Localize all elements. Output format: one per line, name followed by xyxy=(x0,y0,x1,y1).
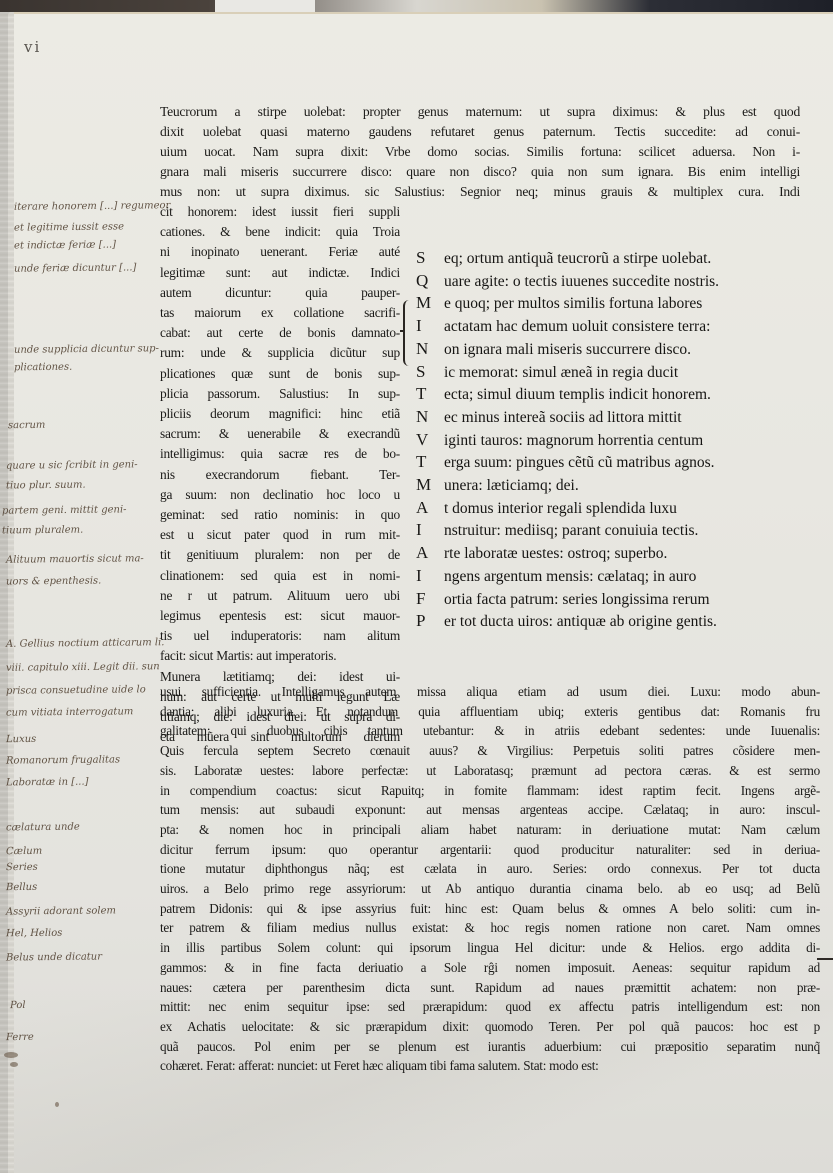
commentary-line: dixit uolebat quasi materno gaudens refu… xyxy=(160,122,800,142)
verse-text: er tot ducta uiros: antiquæ ab origine g… xyxy=(444,611,816,633)
handwritten-annotation: sacrum xyxy=(8,420,46,432)
handwritten-annotation: iterare honorem [...] regumeor xyxy=(14,200,170,214)
verse-text: nstruitur: mediisq; parant conuiuia tect… xyxy=(444,520,816,542)
verse-text: iginti tauros: magnorum horrentia centum xyxy=(444,430,816,452)
handwritten-annotation: Pol xyxy=(10,1000,26,1012)
handwritten-annotation: cum vitiata interrogatum xyxy=(6,706,133,719)
verse-line: Seq; ortum antiquã teucrorũ a stirpe uol… xyxy=(416,247,816,270)
verse-text: ecta; simul diuum templis indicit honore… xyxy=(444,384,816,406)
verse-text: actatam hac demum uoluit consistere terr… xyxy=(444,316,816,338)
commentary-line: ga suum: non declinatio hoc loco u xyxy=(160,485,400,505)
handwritten-annotation: Ferre xyxy=(6,1032,34,1044)
handwritten-annotation: partem geni. mittit geni- xyxy=(2,504,127,517)
verse-text: t domus interior regali splendida luxu xyxy=(444,498,816,520)
verse-line: Iactatam hac demum uoluit consistere ter… xyxy=(416,315,816,338)
verse-line: Ingens argentum mensis: cælataq; in auro xyxy=(416,565,816,588)
ink-smudge xyxy=(4,1052,18,1058)
commentary-line: clinationem: sed quia est in nomi- xyxy=(160,566,400,586)
handwritten-annotation: unde feriæ dicuntur [...] xyxy=(14,262,137,275)
verse-line: Quare agite: o tectis iuuenes succedite … xyxy=(416,270,816,293)
handwritten-annotation: Luxus xyxy=(6,734,36,746)
commentary-line: tit genitiuum pluralem: non per de xyxy=(160,545,400,565)
verse-line: Arte laboratæ uestes: ostroq; superbo. xyxy=(416,542,816,565)
handwritten-annotation: Assyrii adorant solem xyxy=(6,905,116,918)
commentary-line: tum mensis: aut subaudi exponunt: aut me… xyxy=(160,800,820,820)
commentary-line: ne r ut patrum. Alituum uero ubi xyxy=(160,586,400,606)
verse-initial: V xyxy=(416,429,444,451)
handwritten-annotation: Hel, Helios xyxy=(6,928,63,941)
commentary-line: pta: & nomen hoc in principali aliam hab… xyxy=(160,820,820,840)
handwritten-annotation: Alituum mauortis sicut ma- xyxy=(6,553,144,566)
edge-ink-mark xyxy=(817,958,833,960)
verse-initial: S xyxy=(416,361,444,383)
commentary-line: pliciis deorum magnifici: hinc etiã xyxy=(160,404,400,424)
verse-text: unera: læticiamq; dei. xyxy=(444,475,816,497)
verse-initial: I xyxy=(416,519,444,541)
commentary-line: cit honorem: idest iussit fieri suppli xyxy=(160,202,400,222)
verse-text: ortia facta patrum: series longissima re… xyxy=(444,589,816,611)
handwritten-annotation: plicationes. xyxy=(14,362,72,375)
verse-initial: F xyxy=(416,588,444,610)
commentary-bottom: usui sufficientia. Intelligamus autem mi… xyxy=(160,682,820,1076)
verse-initial: I xyxy=(416,565,444,587)
handwritten-annotation: A. Gellius noctium atticarum li. xyxy=(6,637,165,651)
handwritten-annotation: tiuo plur. suum. xyxy=(6,480,86,493)
handwritten-annotation: et indictæ feriæ [...] xyxy=(14,239,116,252)
handwritten-annotation: Laboratæ in [...] xyxy=(6,777,89,790)
verse-initial: I xyxy=(416,315,444,337)
commentary-line: sacrum: & uenerabile & execrandũ xyxy=(160,424,400,444)
verse-initial: S xyxy=(416,247,444,269)
commentary-line: in illis partibus Solem colunt: qui ipso… xyxy=(160,938,820,958)
verse-initial: Q xyxy=(416,270,444,292)
commentary-line: patrem Didonis: qui & ipse assyrius fuit… xyxy=(160,899,820,919)
commentary-line: ter patrem & filiam medius nullus exista… xyxy=(160,918,820,938)
commentary-line: rum: unde & supplicia dicũtur sup xyxy=(160,343,400,363)
verse-text: ic memorat: simul æneã in regia ducit xyxy=(444,362,816,384)
commentary-line: Quis fercula septem Secreto cœnauit auus… xyxy=(160,741,820,761)
commentary-line: cationes. & bene indicit: quia Troia xyxy=(160,222,400,242)
verse-line: Per tot ducta uiros: antiquæ ab origine … xyxy=(416,610,816,633)
verse-initial: M xyxy=(416,292,444,314)
commentary-line: nis execrandorum fiebant. Ter- xyxy=(160,465,400,485)
commentary-line: mus non: ut supra diximus. sic Salustius… xyxy=(160,182,800,202)
verse-line: At domus interior regali splendida luxu xyxy=(416,497,816,520)
commentary-line: gammos: & in fine facta deriuatio a Sole… xyxy=(160,958,820,978)
commentary-line: tione mutatur diphthongus nãq; est cælat… xyxy=(160,859,820,879)
commentary-line: sis. Laboratæ uestes: labore perfectæ: u… xyxy=(160,761,820,781)
handwritten-annotation: Romanorum frugalitas xyxy=(6,754,120,767)
verse-line: Terga suum: pingues cẽtũ cũ matribus agn… xyxy=(416,451,816,474)
commentary-line: autem dicuntur: quia pauper- xyxy=(160,283,400,303)
commentary-line: uiros. a Belo primo rege assyriorum: ut … xyxy=(160,879,820,899)
verse-initial: A xyxy=(416,497,444,519)
commentary-line: Teucrorum a stirpe uolebat: propter genu… xyxy=(160,102,800,122)
commentary-line: quã paucos. Pol enim per se plenum est i… xyxy=(160,1037,820,1057)
verse-line: Viginti tauros: magnorum horrentia centu… xyxy=(416,429,816,452)
ink-smudge xyxy=(10,1062,18,1067)
commentary-top: Teucrorum a stirpe uolebat: propter genu… xyxy=(160,102,800,202)
commentary-line: est u sicut pater quod in rum mit- xyxy=(160,525,400,545)
verse-line: Tecta; simul diuum templis indicit honor… xyxy=(416,383,816,406)
commentary-line: plicia passorum. Salustius: In sup- xyxy=(160,384,400,404)
page-gutter-edge xyxy=(0,12,14,1173)
commentary-line: facit: sicut Martis: aut imperatoris. xyxy=(160,646,400,666)
handwritten-annotation: viii. capitulo xiii. Legit dii. sun xyxy=(6,661,160,675)
handwritten-annotation: et legitime iussit esse xyxy=(14,221,124,234)
commentary-line: geminat: sed ratio nominis: in quo xyxy=(160,505,400,525)
commentary-line: cohæret. Ferat: afferat: nunciet: ut Fer… xyxy=(160,1056,820,1076)
handwritten-brace xyxy=(403,300,411,366)
commentary-line: uium uocat. Nam supra dixit: Vrbe domo s… xyxy=(160,142,800,162)
folio-mark: vi xyxy=(24,38,41,56)
commentary-line: legitimæ sunt: aut indictæ. Indici xyxy=(160,263,400,283)
verse-block: Seq; ortum antiquã teucrorũ a stirpe uol… xyxy=(416,247,816,633)
handwritten-annotation: cælatura unde xyxy=(6,822,80,835)
commentary-line: naues: cætera per parenthesim dicta sunt… xyxy=(160,978,820,998)
commentary-line: tas maiorum ex collatione sacrifi- xyxy=(160,303,400,323)
handwritten-annotation: Bellus xyxy=(6,882,37,894)
verse-text: e quoq; per multos similis fortuna labor… xyxy=(444,293,816,315)
commentary-line: mittit: nec enim sequitur ipse: sed prær… xyxy=(160,997,820,1017)
commentary-line: cabat: aut certe de bonis damnato- xyxy=(160,323,400,343)
commentary-line: intelligimus: quia sacræ res de bo- xyxy=(160,444,400,464)
commentary-narrow-column: cit honorem: idest iussit fieri suppli c… xyxy=(160,202,400,747)
handwritten-annotation: prisca consuetudine uide lo xyxy=(6,684,146,697)
commentary-line: galitatem: qui duobus cibis tantum uteba… xyxy=(160,721,820,741)
commentary-line: ni inopinato uenerant. Feriæ auté xyxy=(160,242,400,262)
verse-line: Sic memorat: simul æneã in regia ducit xyxy=(416,361,816,384)
handwritten-annotation: Belus unde dicatur xyxy=(6,951,102,964)
verse-text: rte laboratæ uestes: ostroq; superbo. xyxy=(444,543,816,565)
commentary-line: ex Achatis uelocitate: & sic prærapidum … xyxy=(160,1017,820,1037)
verse-initial: T xyxy=(416,451,444,473)
handwritten-annotation: Cælum xyxy=(6,846,42,858)
verse-initial: M xyxy=(416,474,444,496)
verse-text: on ignara mali miseris succurrere disco. xyxy=(444,339,816,361)
handwritten-annotation: Series xyxy=(6,862,38,874)
verse-line: Instruitur: mediisq; parant conuiuia tec… xyxy=(416,519,816,542)
verse-initial: N xyxy=(416,406,444,428)
verse-line: Nec minus intereã sociis ad littora mitt… xyxy=(416,406,816,429)
verse-initial: T xyxy=(416,383,444,405)
commentary-line: in compendium coactus: sicut Rapuitq; in… xyxy=(160,781,820,801)
verse-text: uare agite: o tectis iuuenes succedite n… xyxy=(444,271,816,293)
verse-text: ngens argentum mensis: cælataq; in auro xyxy=(444,566,816,588)
handwritten-annotation: tiuum pluralem. xyxy=(2,525,83,538)
verse-line: Non ignara mali miseris succurrere disco… xyxy=(416,338,816,361)
commentary-line: legimus epentesis est: sicut mauor- xyxy=(160,606,400,626)
verse-initial: A xyxy=(416,542,444,564)
commentary-line: dantia: alibi luxuria. Et notandum quia … xyxy=(160,702,820,722)
commentary-line: usui sufficientia. Intelligamus autem mi… xyxy=(160,682,820,702)
commentary-line: gnara mali miseris succurrere disco: qua… xyxy=(160,162,800,182)
verse-initial: N xyxy=(416,338,444,360)
verse-line: Munera: læticiamq; dei. xyxy=(416,474,816,497)
verse-line: Fortia facta patrum: series longissima r… xyxy=(416,588,816,611)
verse-text: eq; ortum antiquã teucrorũ a stirpe uole… xyxy=(444,248,816,270)
ink-spot xyxy=(55,1102,59,1107)
commentary-line: plicationes quæ sunt de bonis sup- xyxy=(160,364,400,384)
verse-line: Me quoq; per multos similis fortuna labo… xyxy=(416,292,816,315)
verse-initial: P xyxy=(416,610,444,632)
handwritten-annotation: unde supplicia dicuntur sup- xyxy=(14,343,159,357)
handwritten-annotation: uors & epenthesis. xyxy=(6,576,101,589)
commentary-line: tis uel induperatoris: nam alitum xyxy=(160,626,400,646)
commentary-line: dicitur ferrum ipsum: quo operantur arge… xyxy=(160,840,820,860)
handwritten-annotation: quare u sic ſcribit in geni- xyxy=(6,459,138,472)
verse-text: ec minus intereã sociis ad littora mitti… xyxy=(444,407,816,429)
verse-text: erga suum: pingues cẽtũ cũ matribus agno… xyxy=(444,452,816,474)
